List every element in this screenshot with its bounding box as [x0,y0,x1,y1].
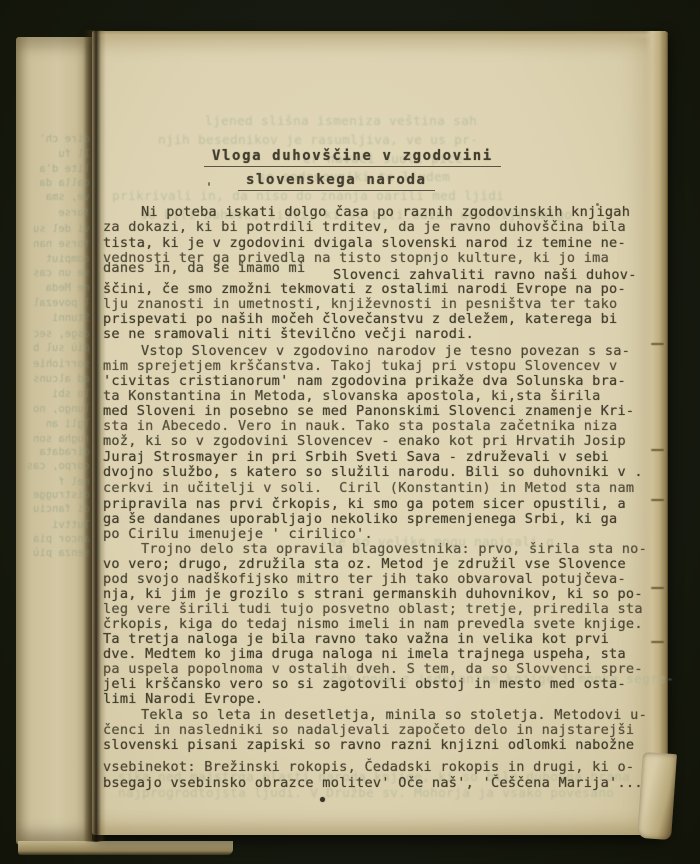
typewritten-line: danes in, da se imamo mi [103,261,305,276]
document-body: Ni poteba iskati dolgo časa po raznih zg… [0,0,700,864]
typewritten-line: slovenski pisani zapiski so ravno razni … [103,738,634,753]
book-photo-background: dire ch'Il fulite d'adalla dave, smafors… [0,0,700,864]
typewritten-line: mim sprejetjem krščanstva. Takoj tukaj p… [103,359,617,374]
typewritten-line: prispevati po naših močeh človečanstvu z… [103,312,617,327]
typewritten-line: Ta tretja naloga je bila ravno tako važn… [103,632,609,647]
typewritten-line: cerkvi in učitelji v soli. Ciril (Konsta… [103,481,634,496]
typewritten-line: sta in Abecedo. Vero in nauk. Tako sta p… [103,419,617,434]
typewritten-line: vsebinekot: Brežinski rokopis, Čedadski … [103,760,634,775]
ink-speck [596,203,599,206]
typewritten-line: mož, ki so v zgodovini Slovencev - enako… [103,434,626,449]
typewritten-line: tista, ki je v zgodovini dvigala slovens… [103,236,626,251]
typewritten-line: ta Konstantina in Metoda, slovanska apos… [103,389,601,404]
typewritten-line: limi Narodi Evrope. [103,692,263,707]
typewritten-line: pod svojo nadškofijsko mitro ter jih tak… [103,572,626,587]
typewritten-line: Vstop Slovencev v zgodovino narodov je t… [141,344,630,359]
typewritten-line: pripravila nas prvi črkopis, ki smo ga p… [103,497,626,512]
typewritten-line: ščini, če smo zmožni tekmovati z ostalim… [103,282,626,297]
typewritten-line: Tekla so leta in desetletja, minila so s… [141,708,647,723]
typewritten-line: se ne sramovali niti številčno večji nar… [103,327,474,342]
typewritten-line: 'civitas cristianorum' nam zgodovina pri… [103,374,626,389]
typewritten-line: leg vere širili tudi tujo posvetno oblas… [103,602,643,617]
typewritten-line: jeli krščansko vero so si zagotovili obs… [103,677,626,692]
typewritten-line: med Sloveni in posebno se med Panonskimi… [103,404,634,419]
typewritten-line: črkopis, kiga do tedaj nismo imeli in na… [103,617,643,632]
end-period-mark [320,797,325,802]
typewritten-line: Ni poteba iskati dolgo časa po raznih zg… [141,205,630,220]
typewritten-line: bsegajo vsebinsko obrazce molitev' Oče n… [103,776,643,791]
typewritten-line: nja, ki jim je grozilo s strani germansk… [103,587,643,602]
typewritten-line: čenci in nasledniki so nadaljevali započ… [103,723,634,738]
typewritten-line: ga še dandanes uporabljajo nekoliko spre… [103,512,617,527]
typewritten-line: pa uspela popolnoma v ostalih dveh. S te… [103,662,643,677]
typewritten-line: vo vero; drugo, združila sta oz. Metod j… [103,557,626,572]
typewritten-line: po Cirilu imenujeje ' cirilico'. [103,527,373,542]
typewritten-line: dvojno službo, s katero so služili narod… [103,465,643,480]
typewritten-line: dve. Medtem ko jima druga naloga ni imel… [103,647,626,662]
typewritten-line: Trojno delo sta opravila blagovestnika: … [141,542,647,557]
typewritten-line: lju znanosti in umetnosti, književnosti … [103,297,617,312]
typewritten-line: za dokazi, ki bi potrdili trditev, da je… [103,220,626,235]
typewritten-layer: Vloga duhovščine v zgodovini slovenskega… [0,0,700,864]
ink-speck [208,182,210,186]
typewritten-line: Juraj Strosmayer in pri Srbih Sveti Sava… [103,450,609,465]
